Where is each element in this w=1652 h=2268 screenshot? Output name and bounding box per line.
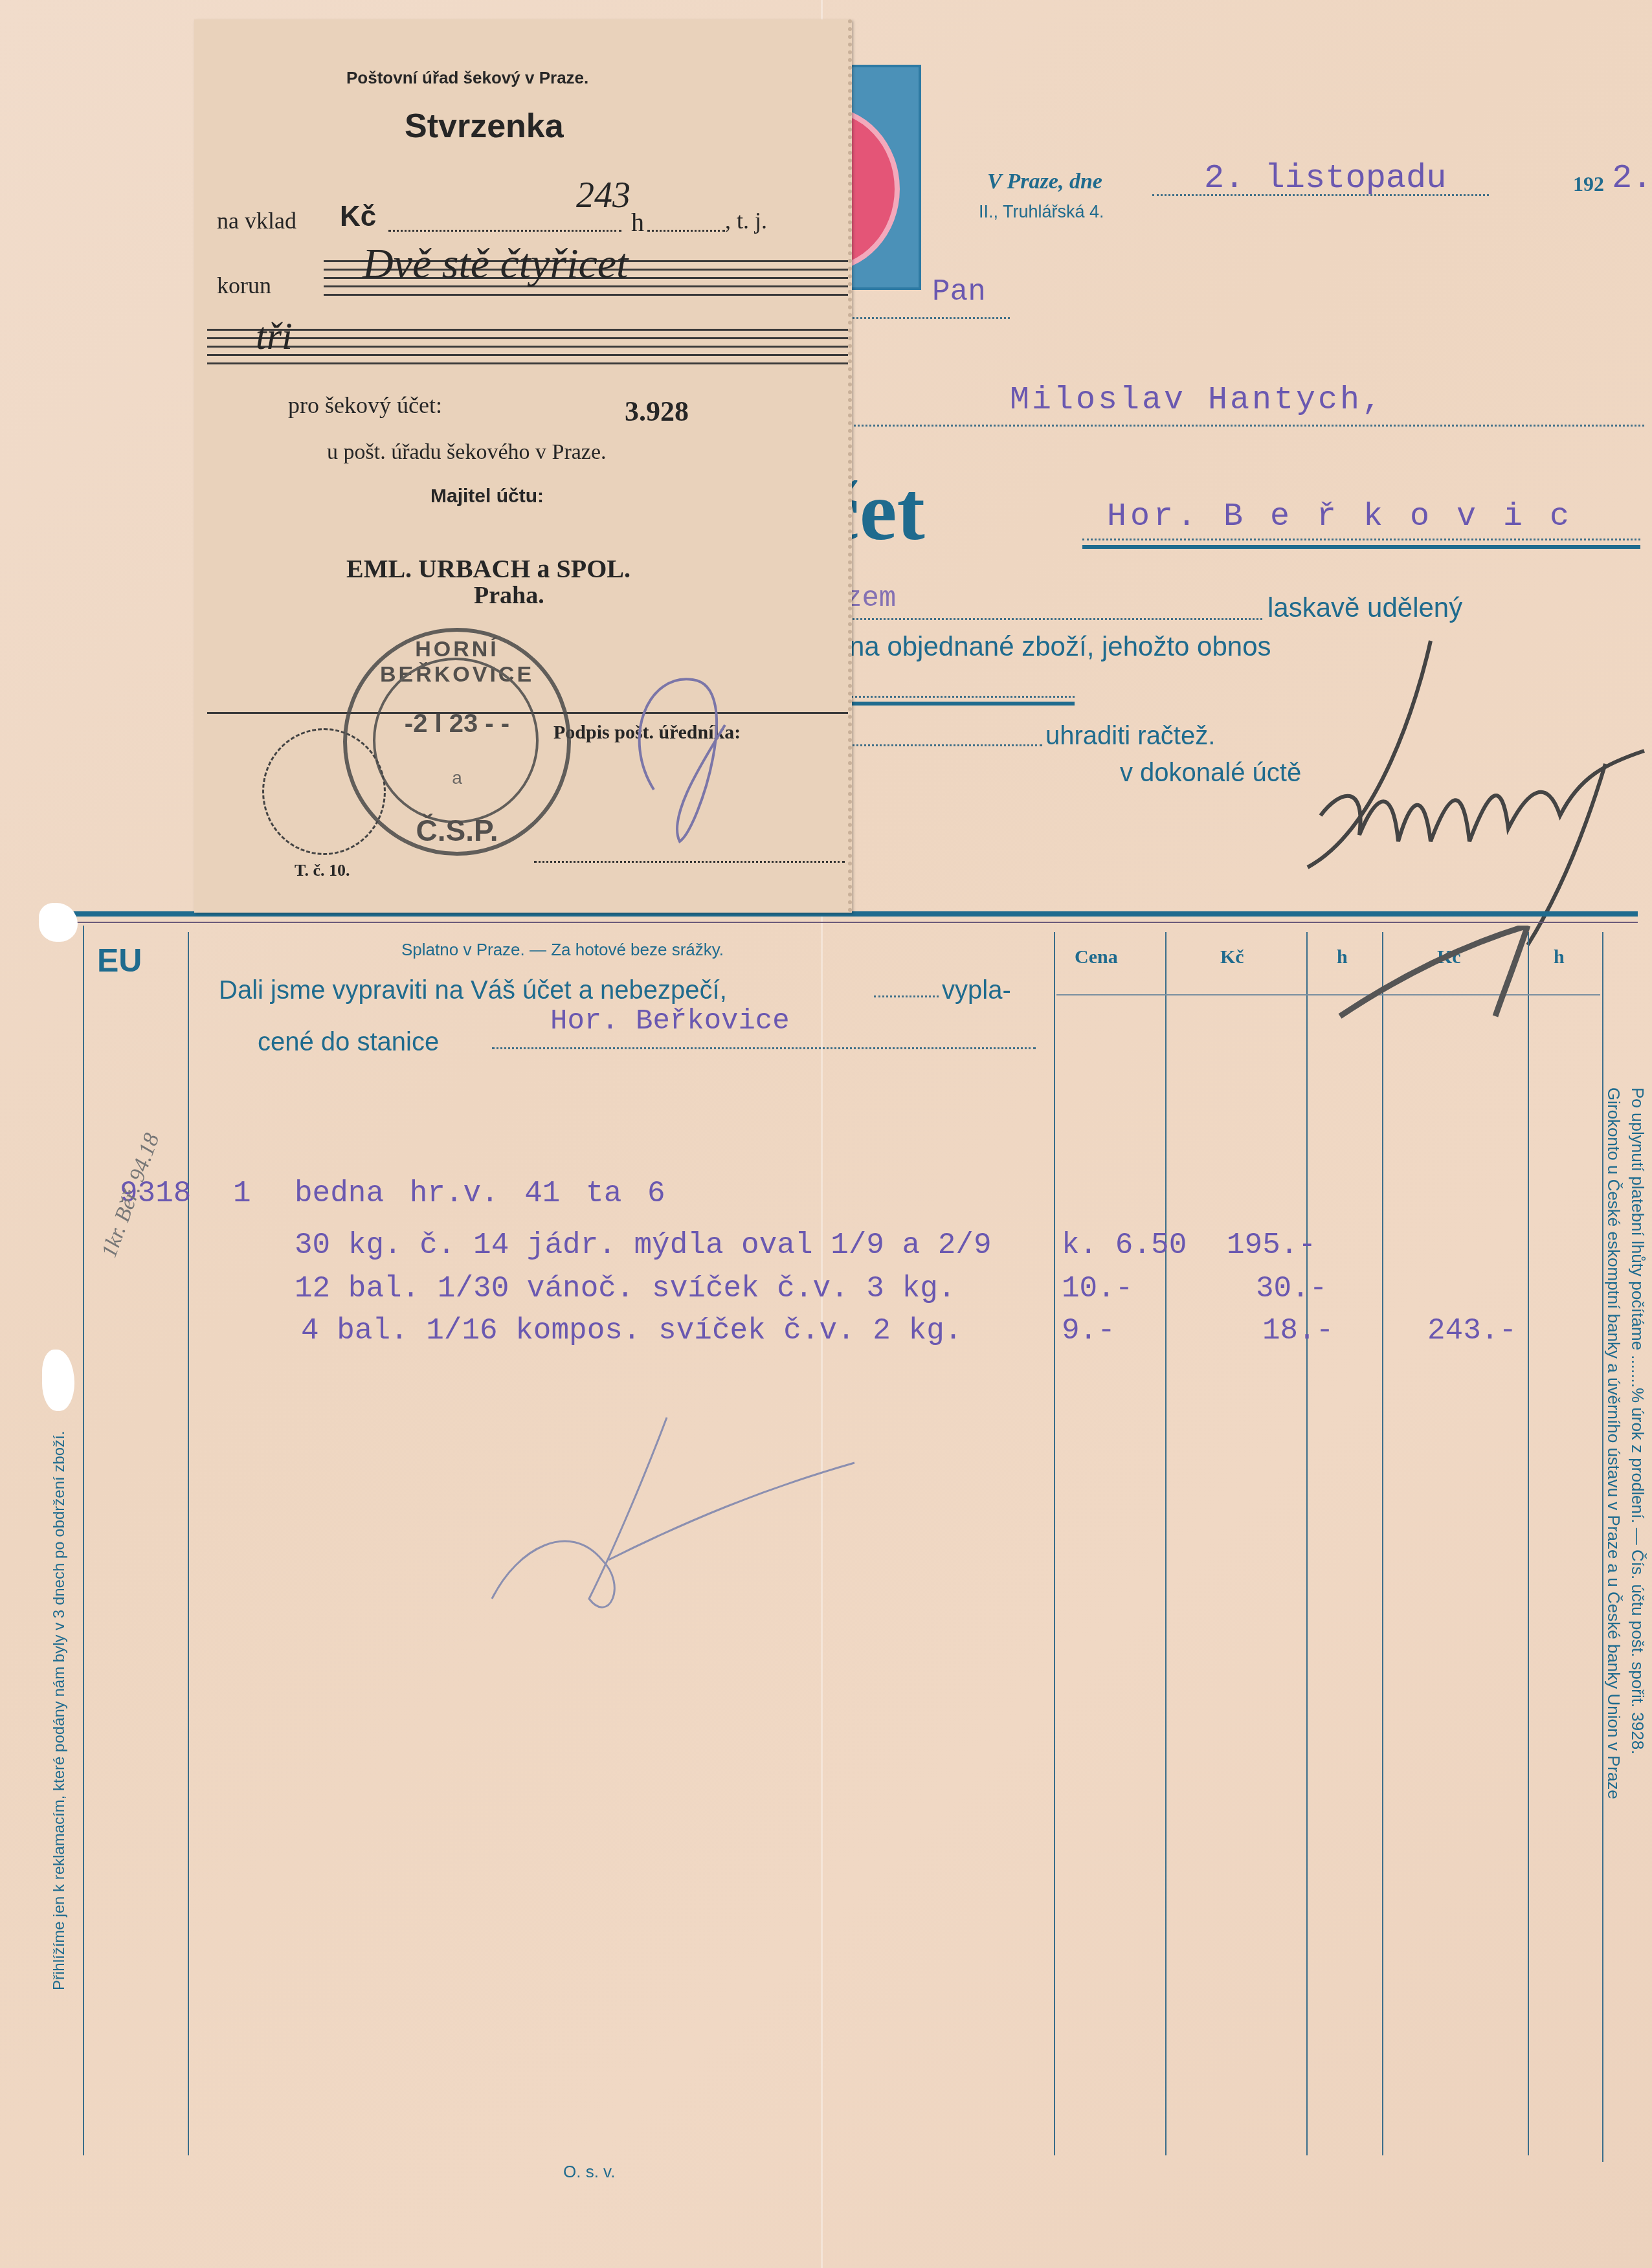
line-price: 10.- <box>1062 1272 1133 1306</box>
owner-city: Praha. <box>474 581 544 610</box>
signature-dotted-line <box>534 861 845 863</box>
customer-place: Hor. B e ř k o v i c <box>1107 498 1573 535</box>
company-address: II., Truhlářská 4. <box>979 202 1104 222</box>
line-desc: 30 kg. č. 14 jádr. mýdla oval 1/9 a 2/9 <box>295 1228 992 1262</box>
typed-fragment: zem <box>845 583 896 615</box>
customer-place-line <box>1082 539 1640 540</box>
postmark-date: -2 I 23 - - <box>347 709 567 739</box>
customer-name: Miloslav Hantych, <box>1010 382 1384 419</box>
ink-strike-mark <box>1334 926 1547 1036</box>
korun-label: korun <box>217 272 271 299</box>
line-amount: 30.- <box>1256 1272 1327 1306</box>
credit-line <box>848 618 1262 620</box>
haler-label: h <box>631 207 644 238</box>
words-line <box>207 354 848 356</box>
line-qty: 1 <box>233 1177 251 1210</box>
line-desc: bedna hr.v. 41 ta 6 <box>295 1177 665 1210</box>
words-line <box>207 362 848 364</box>
owner-label: Majitel účtu: <box>430 485 544 507</box>
tj-label: , t. j. <box>725 207 767 234</box>
station-value: Hor. Beřkovice <box>550 1005 790 1038</box>
revenue-stamp <box>842 65 921 290</box>
col-header-total-h: h <box>1554 946 1565 968</box>
words-line <box>207 337 848 339</box>
city-date-label: V Praze, dne <box>987 170 1102 194</box>
postmark-letter: a <box>347 768 567 788</box>
customer-name-line <box>842 425 1644 427</box>
currency-label: Kč <box>340 201 376 233</box>
line-price: 9.- <box>1062 1314 1115 1348</box>
form-number: T. č. 10. <box>295 861 350 880</box>
postmark: HORNÍ BEŘKOVICE -2 I 23 - - a Č.S.P. <box>343 628 571 856</box>
deposit-label: na vklad <box>217 207 296 234</box>
line-total: 243.- <box>1427 1314 1517 1348</box>
right-margin-note-1: Po uplynutí platební lhůty počítáme ....… <box>1627 1087 1647 1754</box>
line-amount: 195.- <box>1227 1228 1316 1262</box>
salutation: Pan <box>932 275 986 309</box>
credit-text: laskavě udělený <box>1267 592 1462 623</box>
goods-text: na objednané zboží, jehožto obnos <box>849 631 1271 662</box>
ref-column-line <box>188 932 189 2155</box>
amount-handwritten: 243 <box>576 175 631 216</box>
col-header-kc: Kč <box>1220 946 1244 968</box>
words-line <box>207 346 848 348</box>
pay-line <box>848 744 1042 746</box>
pencil-scribble <box>479 1392 867 1625</box>
total-h-column-line <box>1528 932 1529 2155</box>
amount-in-words-cont: tři <box>256 314 293 359</box>
eu-mark: EU <box>97 942 142 979</box>
shipped-line <box>874 995 939 997</box>
right-margin-note-2: Girokonto u České eskomptní banky a úvěr… <box>1603 1087 1624 1799</box>
receipt-title: Stvrzenka <box>405 107 564 146</box>
left-border <box>83 926 84 2155</box>
salutation-line <box>842 317 1010 319</box>
closing-text: v dokonalé úctě <box>1120 759 1301 788</box>
left-margin-note: Přihlížíme jen k reklamacím, které podán… <box>50 1431 69 1990</box>
account-number: 3.928 <box>625 395 689 428</box>
postmark-country: Č.S.P. <box>347 813 567 848</box>
line-desc: 4 bal. 1/16 kompos. svíček č.v. 2 kg. <box>301 1314 962 1348</box>
words-line <box>324 294 848 296</box>
shipped-text: Dali jsme vypraviti na Váš účet a nebezp… <box>219 976 727 1005</box>
shipped-text-cont: vypla- <box>942 976 1011 1005</box>
haler-dotted-line <box>647 230 725 232</box>
year-prefix: 192 <box>1573 172 1604 196</box>
line-desc: 12 bal. 1/30 vánoč. svíček č.v. 3 kg. <box>295 1272 955 1306</box>
customer-place-rule <box>1082 545 1640 549</box>
postmark-inner-ring <box>373 658 539 823</box>
office-line: u pošt. úřadu šekového v Praze. <box>327 440 607 465</box>
h-column-line <box>1306 932 1308 2155</box>
payable-note: Splatno v Praze. — Za hotové beze srážky… <box>401 940 724 960</box>
official-initials <box>596 660 757 854</box>
price-column-line <box>1054 932 1055 2155</box>
account-label: pro šekový účet: <box>288 392 442 419</box>
pay-text: uhraditi račtež. <box>1045 722 1215 751</box>
line-price: k. 6.50 <box>1062 1228 1187 1262</box>
amount-in-words: Dvě stě čtyřicet <box>363 239 628 289</box>
table-top-subrule <box>71 922 1638 923</box>
footer-mark: O. s. v. <box>563 2162 615 2182</box>
amount-dotted-line <box>388 230 621 232</box>
line-amount: 18.- <box>1262 1314 1334 1348</box>
total-kc-column-line <box>1382 932 1383 2155</box>
station-line <box>492 1047 1036 1049</box>
kc-column-line <box>1165 932 1166 2155</box>
year-suffix: 2. <box>1612 159 1652 197</box>
receipt-office-header: Poštovní úřad šekový v Praze. <box>346 68 588 88</box>
owner-name: EML. URBACH a SPOL. <box>346 553 631 584</box>
signature-urbach <box>1282 621 1652 958</box>
amount-line <box>848 696 1075 698</box>
amount-rule <box>848 702 1075 706</box>
date-value: 2. listopadu <box>1204 159 1446 197</box>
station-label: cené do stanice <box>258 1028 439 1057</box>
words-line <box>207 329 848 331</box>
col-header-price: Cena <box>1075 946 1118 968</box>
